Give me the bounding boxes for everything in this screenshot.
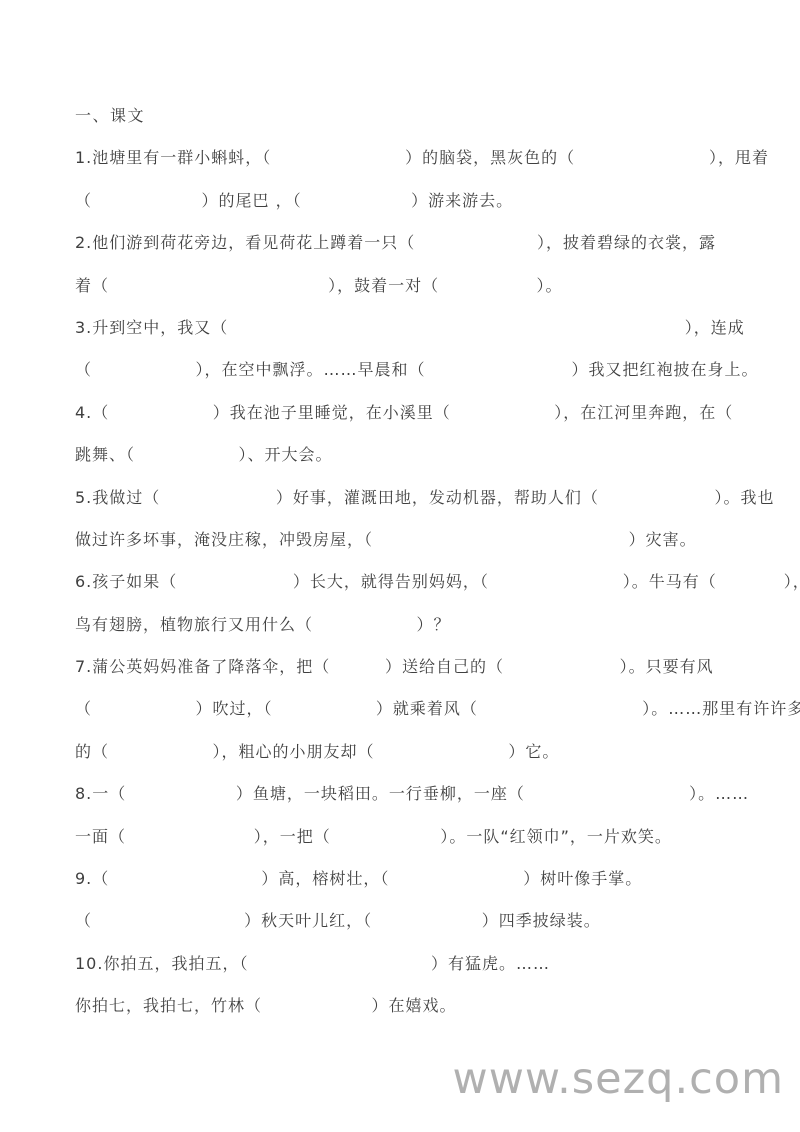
worksheet-content: 一、课文 1.池塘里有一群小蝌蚪，（ ）的脑袋，黑灰色的（ ），甩着 （ ）的尾… bbox=[75, 95, 775, 1028]
text-line-q7-3: 的（ ），粗心的小朋友却（ ）它。 bbox=[75, 731, 775, 773]
text-line-q4-1: 4.（ ）我在池子里睡觉，在小溪里（ ），在江河里奔跑，在（ ） bbox=[75, 392, 775, 434]
text-line-q6-1: 6.孩子如果（ ）长大，就得告别妈妈，（ ）。牛马有（ ）， bbox=[75, 561, 775, 603]
text-line-q1-2: （ ）的尾巴 ，（ ）游来游去。 bbox=[75, 180, 775, 222]
text-line-q2-2: 着（ ），鼓着一对（ ）。 bbox=[75, 265, 775, 307]
text-line-q5-2: 做过许多坏事，淹没庄稼，冲毁房屋，（ ）灾害。 bbox=[75, 519, 775, 561]
text-line-q8-2: 一面（ ），一把（ ）。一队“红领巾”，一片欢笑。 bbox=[75, 816, 775, 858]
text-line-q7-1: 7.蒲公英妈妈准备了降落伞，把（ ）送给自己的（ ）。只要有风 bbox=[75, 646, 775, 688]
site-watermark: www.sezq.com bbox=[453, 1054, 784, 1104]
text-line-q10-1: 10.你拍五，我拍五，（ ）有猛虎。…… bbox=[75, 943, 775, 985]
text-line-q5-1: 5.我做过（ ）好事，灌溉田地，发动机器，帮助人们（ ）。我也 bbox=[75, 477, 775, 519]
text-line-q7-2: （ ）吹过，（ ）就乘着风（ ）。……那里有许许多 bbox=[75, 688, 775, 730]
text-line-q9-1: 9.（ ）高，榕树壮，（ ）树叶像手掌。 bbox=[75, 858, 775, 900]
section-heading: 一、课文 bbox=[75, 95, 775, 137]
text-line-q1-1: 1.池塘里有一群小蝌蚪，（ ）的脑袋，黑灰色的（ ），甩着 bbox=[75, 137, 775, 179]
text-line-q10-2: 你拍七，我拍七，竹林（ ）在嬉戏。 bbox=[75, 985, 775, 1027]
text-line-q9-2: （ ）秋天叶儿红，（ ）四季披绿装。 bbox=[75, 900, 775, 942]
text-line-q2-1: 2.他们游到荷花旁边，看见荷花上蹲着一只（ ），披着碧绿的衣裳，露 bbox=[75, 222, 775, 264]
text-line-q8-1: 8.一（ ）鱼塘，一块稻田。一行垂柳，一座（ ）。…… bbox=[75, 773, 775, 815]
text-line-q3-2: （ ），在空中飘浮。……早晨和（ ）我又把红袍披在身上。 bbox=[75, 349, 775, 391]
text-line-q3-1: 3.升到空中，我又（ ），连成 bbox=[75, 307, 775, 349]
text-line-q4-2: 跳舞、（ ）、开大会。 bbox=[75, 434, 775, 476]
text-line-q6-2: 鸟有翅膀，植物旅行又用什么（ ）？ bbox=[75, 604, 775, 646]
worksheet-page: 一、课文 1.池塘里有一群小蝌蚪，（ ）的脑袋，黑灰色的（ ），甩着 （ ）的尾… bbox=[0, 0, 800, 1132]
